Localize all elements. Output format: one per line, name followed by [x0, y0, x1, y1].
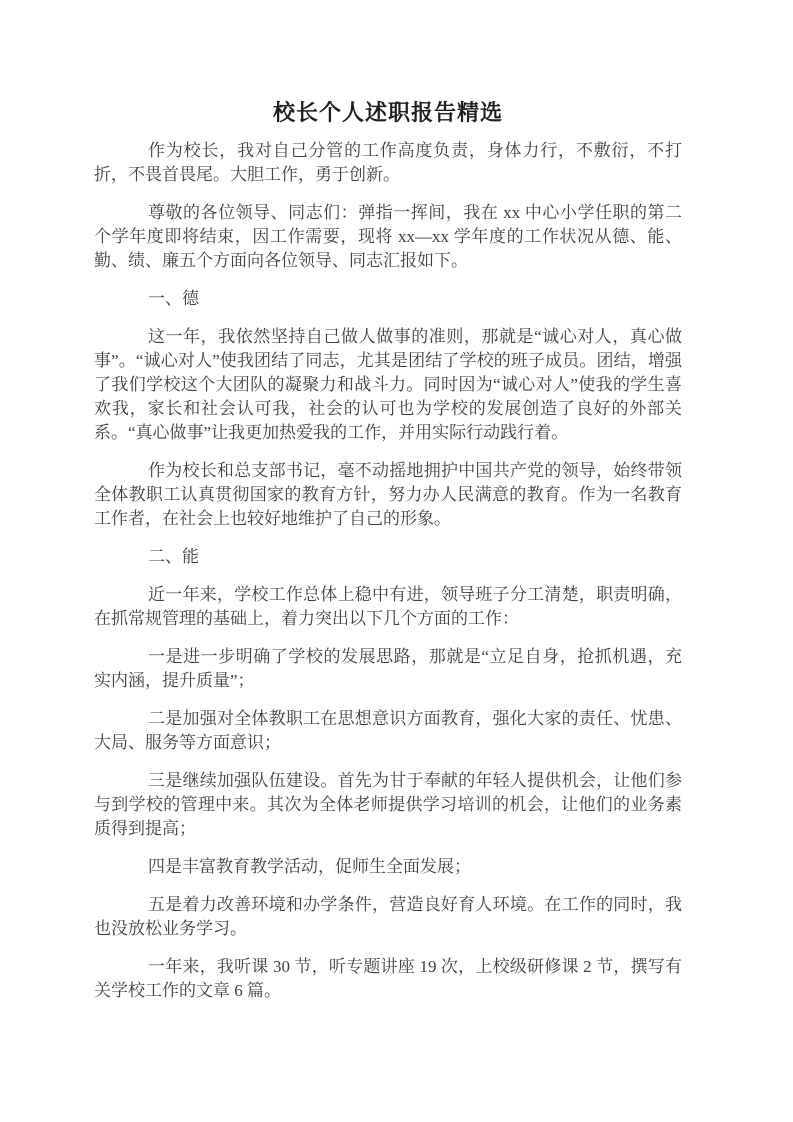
paragraph: 近一年来，学校工作总体上稳中有进，领导班子分工清楚，职责明确，在抓常规管理的基础…: [94, 583, 682, 631]
paragraph: 尊敬的各位领导、同志们：弹指一挥间，我在 xx 中心小学任职的第二个学年度即将结…: [94, 201, 682, 273]
paragraph: 作为校长，我对自己分管的工作高度负责，身体力行，不敷衍，不打折，不畏首畏尾。大胆…: [94, 139, 682, 187]
paragraph: 二是加强对全体教职工在思想意识方面教育，强化大家的责任、忧患、大局、服务等方面意…: [94, 707, 682, 755]
paragraph: 五是着力改善环境和办学条件，营造良好育人环境。在工作的同时，我也没放松业务学习。: [94, 893, 682, 941]
section-heading: 二、能: [94, 545, 682, 569]
section-heading: 一、德: [94, 287, 682, 311]
paragraph: 这一年，我依然坚持自己做人做事的准则，那就是“诚心对人，真心做事”。“诚心对人”…: [94, 325, 682, 445]
paragraph: 三是继续加强队伍建设。首先为甘于奉献的年轻人提供机会，让他们参与到学校的管理中来…: [94, 769, 682, 841]
paragraph: 一是进一步明确了学校的发展思路，那就是“立足自身，抢抓机遇，充实内涵，提升质量”…: [94, 645, 682, 693]
document-title: 校长个人述职报告精选: [94, 97, 682, 129]
paragraph: 一年来，我听课 30 节，听专题讲座 19 次，上校级研修课 2 节，撰写有关学…: [94, 955, 682, 1003]
paragraph: 作为校长和总支部书记，毫不动摇地拥护中国共产党的领导，始终带领全体教职工认真贯彻…: [94, 459, 682, 531]
paragraph: 四是丰富教育教学活动，促师生全面发展；: [94, 855, 682, 879]
document-page: 校长个人述职报告精选 作为校长，我对自己分管的工作高度负责，身体力行，不敷衍，不…: [0, 0, 793, 1122]
document-body: 作为校长，我对自己分管的工作高度负责，身体力行，不敷衍，不打折，不畏首畏尾。大胆…: [94, 139, 682, 1003]
